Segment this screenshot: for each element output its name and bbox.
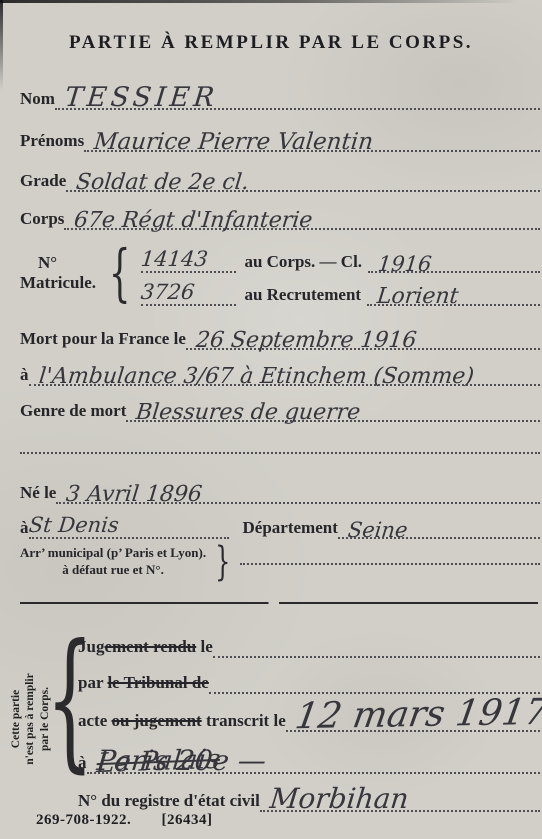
lieu-transcription-label: à — [78, 753, 87, 774]
corps-handwritten-value: 67e Régt d'Infanterie — [73, 208, 314, 233]
scan-edge-top — [0, 0, 542, 3]
tribunal-label: par le Tribunal de — [78, 673, 209, 694]
nom-label: Nom — [20, 89, 55, 110]
section-divider — [20, 602, 538, 604]
field-row-lieu-mort: à l'Ambulance 3/67 à Etinchem (Somme) — [20, 350, 540, 386]
field-row-lieu-transcription: à Le Palais Paris 20e — — [78, 740, 540, 774]
margin-note-line2: n'est pas à remplir — [23, 631, 37, 807]
classe-line: 1916 — [368, 267, 540, 273]
prenoms-handwritten-value: Maurice Pierre Valentin — [93, 129, 375, 155]
nom-handwritten-value: TESSIER — [63, 82, 219, 113]
genre-mort-handwritten-value: Blessures de guerre — [135, 400, 362, 425]
footer-bracket-number: [26434] — [162, 812, 213, 828]
ne-le-label: Né le — [20, 483, 56, 504]
field-row-corps: Corps 67e Régt d'Infanterie — [20, 194, 540, 230]
jugement-label-pre: Jug — [78, 637, 104, 656]
arr-municipal-label-line1: Arr’ municipal (p’ Paris et Lyon). — [20, 545, 206, 562]
acte-label-post: transcrit le — [202, 711, 286, 730]
corps-label: Corps — [20, 209, 64, 230]
matricule-rows: 14143 au Corps. — Cl. 1916 3726 au Recru… — [141, 240, 540, 306]
field-row-genre-mort: Genre de mort Blessures de guerre — [20, 386, 540, 422]
field-row-tribunal: par le Tribunal de — [78, 664, 540, 694]
classe-handwritten-value: 1916 — [377, 252, 433, 276]
departement-label: Département — [243, 518, 338, 539]
genre-mort-label: Genre de mort — [20, 401, 126, 422]
acte-line: 12 mars 1917 — [286, 726, 540, 732]
form-title: PARTIE À REMPLIR PAR LE CORPS. — [0, 32, 542, 54]
lieu-mort-label: à — [20, 365, 29, 386]
matricule-recrutement-print: au Recrutement — [236, 285, 367, 306]
registre-handwritten-value: Morbihan — [268, 782, 410, 815]
jugement-label-struck: ement rendu — [104, 637, 196, 656]
prenoms-label: Prénoms — [20, 131, 84, 152]
matricule-label-line2: Matricule. — [20, 273, 100, 293]
acte-label-pre: acte — [78, 711, 112, 730]
matricule-brace: { — [109, 242, 131, 304]
acte-label-struck: ou jugement — [112, 711, 202, 730]
field-row-registre: N° du registre d'état civil Morbihan — [78, 778, 540, 812]
field-row-ne-le: Né le 3 Avril 1896 — [20, 468, 540, 504]
corps-line: 67e Régt d'Infanterie — [64, 224, 540, 230]
recrutement-place-line: Lorient — [367, 300, 540, 306]
matricule-label-line1: N° — [20, 253, 100, 273]
nom-line: TESSIER — [55, 104, 540, 110]
departement-line: Seine — [338, 533, 540, 539]
matricule-corps-row: 14143 au Corps. — Cl. 1916 — [141, 240, 540, 273]
blank-dotted-line — [20, 446, 540, 454]
field-row-mort: Mort pour la France le 26 Septembre 1916 — [20, 314, 540, 350]
scanned-form: PARTIE À REMPLIR PAR LE CORPS. Nom TESSI… — [0, 0, 542, 839]
arr-municipal-label: Arr’ municipal (p’ Paris et Lyon). à déf… — [20, 545, 206, 579]
tribunal-label-pre: par — [78, 673, 107, 692]
field-row-arr-municipal: Arr’ municipal (p’ Paris et Lyon). à déf… — [20, 542, 540, 582]
registre-line: Morbihan — [260, 806, 540, 812]
matricule-corps-print: au Corps. — Cl. — [236, 252, 368, 273]
matricule-recrutement-number: 3726 — [140, 280, 196, 304]
jugement-line — [213, 652, 540, 658]
arr-municipal-label-line2: à défaut rue et N°. — [20, 562, 206, 579]
footer: 269-708-1922. [26434] — [36, 812, 239, 829]
prenoms-line: Maurice Pierre Valentin — [84, 146, 540, 152]
field-row-acte-transcrit: acte ou jugement transcrit le 12 mars 19… — [78, 700, 540, 732]
tribunal-label-struck: le Tribunal de — [107, 673, 208, 692]
matricule-recrutement-row: 3726 au Recrutement Lorient — [141, 273, 540, 306]
margin-note-line1: Cette partie — [9, 631, 23, 807]
matricule-corps-number: 14143 — [140, 247, 209, 271]
mort-label: Mort pour la France le — [20, 329, 186, 350]
lieu-transcription-line: Le Palais Paris 20e — — [87, 768, 541, 774]
field-row-jugement: Jugement rendu le — [78, 628, 540, 658]
blank-line — [20, 448, 540, 454]
matricule-recrutement-number-line: 3726 — [141, 280, 236, 306]
grade-line: Soldat de 2e cl. — [66, 186, 540, 192]
jugement-label-post: le — [196, 637, 213, 656]
footer-print-code: 269-708-1922. — [36, 812, 131, 828]
jugement-label: Jugement rendu le — [78, 637, 213, 658]
acte-label: acte ou jugement transcrit le — [78, 711, 286, 732]
matricule-corps-number-line: 14143 — [141, 247, 236, 273]
matricule-block: N° Matricule. { 14143 au Corps. — Cl. 19… — [20, 240, 540, 306]
recrutement-place-handwritten-value: Lorient — [376, 284, 460, 309]
genre-mort-line: Blessures de guerre — [126, 416, 540, 422]
lieu-naissance-line: St Denis — [29, 513, 229, 539]
field-row-naissance: à St Denis Département Seine — [20, 503, 540, 539]
acte-date-handwritten-value: 12 mars 1917 — [292, 692, 542, 737]
grade-handwritten-value: Soldat de 2e cl. — [75, 170, 250, 195]
grade-label: Grade — [20, 171, 66, 192]
field-row-prenoms: Prénoms Maurice Pierre Valentin — [20, 116, 540, 152]
field-row-nom: Nom TESSIER — [20, 76, 540, 110]
arr-municipal-brace: } — [215, 542, 230, 582]
departement-handwritten-value: Seine — [347, 518, 409, 542]
lieu-transcription-handwritten-value: Paris 20e — — [95, 744, 267, 777]
registre-label: N° du registre d'état civil — [78, 791, 260, 812]
arr-municipal-line — [240, 559, 540, 565]
field-row-grade: Grade Soldat de 2e cl. — [20, 156, 540, 192]
lieu-naissance-handwritten-value: St Denis — [27, 513, 119, 537]
matricule-label: N° Matricule. — [20, 253, 100, 293]
